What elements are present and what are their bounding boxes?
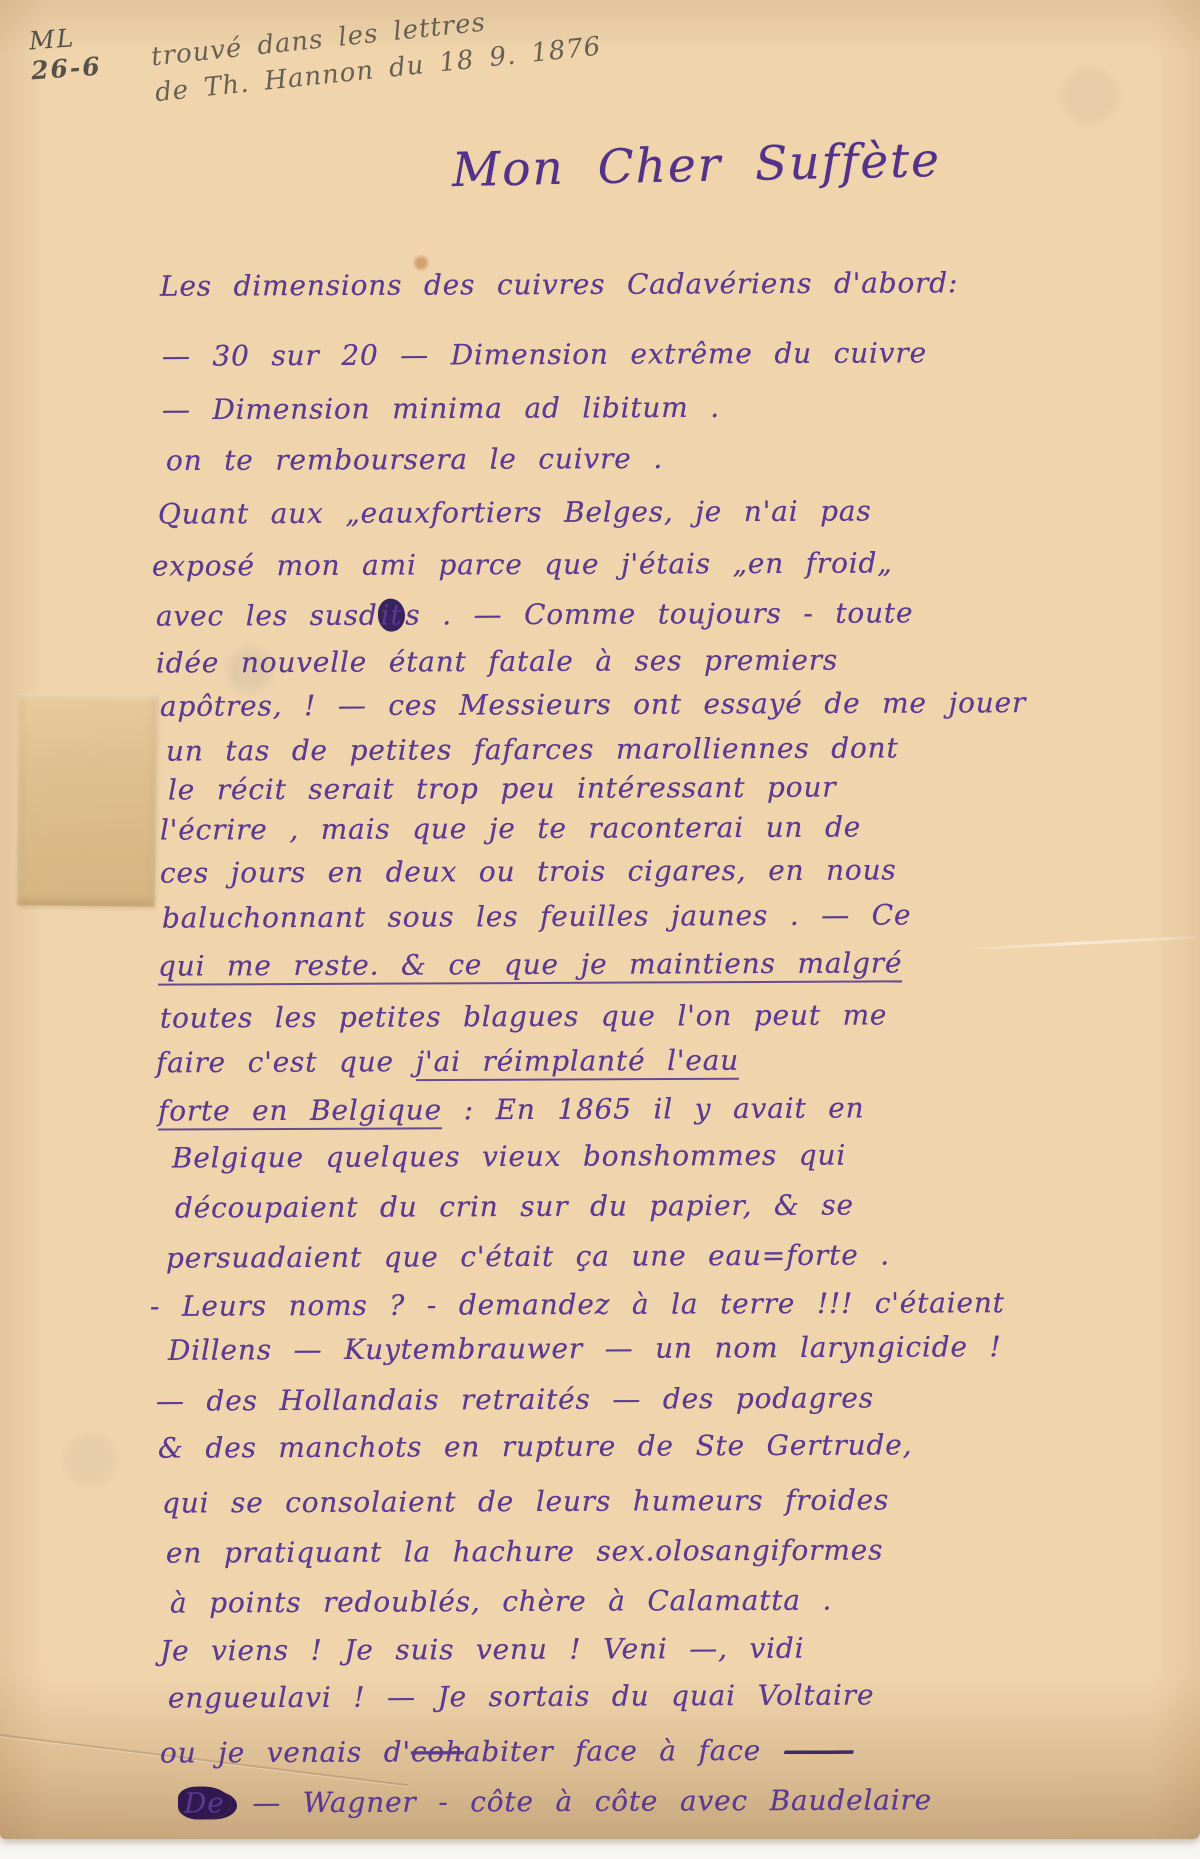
catalog-mark: ML 26-6 <box>28 22 103 87</box>
letter-line: exposé mon ami parce que j'étais „en fro… <box>152 546 893 582</box>
letter-line: ces jours en deux ou trois cigares, en n… <box>160 853 897 889</box>
letter-line: — des Hollandais retraités — des podagre… <box>156 1381 874 1417</box>
letter-line: un tas de petites fafarces marolliennes … <box>166 731 899 767</box>
letter-line: découpaient du crin sur du papier, & se <box>175 1189 854 1225</box>
letter-line: engueulavi ! — Je sortais du quai Voltai… <box>168 1678 874 1714</box>
letter-salutation: Mon Cher Suffète <box>451 133 941 198</box>
letter-line: apôtres, ! — ces Messieurs ont essayé de… <box>160 686 1026 723</box>
letter-line: l'écrire , mais que je te raconterai un … <box>160 810 861 846</box>
letter-line: — 30 sur 20 — Dimension extrême du cuivr… <box>162 336 927 372</box>
letter-line: qui se consolaient de leurs humeurs froi… <box>162 1483 889 1519</box>
letter-line: baluchonnant sous les feuilles jaunes . … <box>162 898 911 934</box>
letter-line: en pratiquant la hachure sex.olosangifor… <box>166 1533 883 1569</box>
letter-line: idée nouvelle étant fatale à ses premier… <box>156 644 838 680</box>
letter-line: Je viens ! Je suis venu ! Veni —, vidi <box>160 1632 804 1668</box>
underlined-passage: forte en Belgique <box>158 1093 442 1130</box>
letter-line: avec les susdits . — Comme toujours - to… <box>156 596 913 632</box>
letter-line: & des manchots en rupture de Ste Gertrud… <box>158 1428 912 1464</box>
letter-line: - Leurs noms ? - demandez à la terre !!!… <box>150 1286 1005 1323</box>
strike-dash: ——— <box>783 1733 849 1766</box>
catalog-mark-line2: 26-6 <box>30 52 102 87</box>
letter-line: Belgique quelques vieux bonshommes qui <box>172 1139 846 1175</box>
ink-blot: it <box>377 599 405 632</box>
letter-line: à points redoublés, chère à Calamatta . <box>170 1584 832 1620</box>
letter-line: ou je venais d'cohabiter face à face ——— <box>160 1733 849 1769</box>
letter-line: on te remboursera le cuivre . <box>166 442 663 477</box>
underlined-passage: j'ai réimplanté l'eau <box>416 1044 740 1081</box>
archivist-note: trouvé dans les lettres de Th. Hannon du… <box>149 0 603 111</box>
letter-line: persuadaient que c'était ça une eau=fort… <box>166 1238 890 1274</box>
underlined-passage: qui me reste. & ce que je maintiens malg… <box>158 946 902 985</box>
tape-residue <box>17 693 157 906</box>
letter-line: toutes les petites blagues que l'on peut… <box>160 998 887 1034</box>
struck-word: coh <box>411 1735 464 1768</box>
letter-line: forte en Belgique : En 1865 il y avait e… <box>158 1091 865 1127</box>
letter-line: le récit serait trop peu intéressant pou… <box>168 771 837 807</box>
catalog-mark-line1: ML <box>28 22 100 57</box>
letter-line: Les dimensions des cuivres Cadavériens d… <box>160 266 958 302</box>
letter-sheet: ML 26-6 trouvé dans les lettres de Th. H… <box>0 0 1200 1839</box>
paper-crease <box>955 936 1195 952</box>
ink-blot: De <box>178 1786 231 1819</box>
letter-line: De — Wagner - côte à côte avec Baudelair… <box>178 1783 932 1819</box>
letter-line: faire c'est que j'ai réimplanté l'eau <box>156 1044 739 1080</box>
letter-line: Quant aux „eauxfortiers Belges, je n'ai … <box>158 494 872 530</box>
letter-line: Dillens — Kuytembrauwer — un nom laryngi… <box>168 1330 1002 1367</box>
letter-line: qui me reste. & ce que je maintiens malg… <box>158 946 902 982</box>
letter-line: — Dimension minima ad libitum . <box>162 391 720 426</box>
